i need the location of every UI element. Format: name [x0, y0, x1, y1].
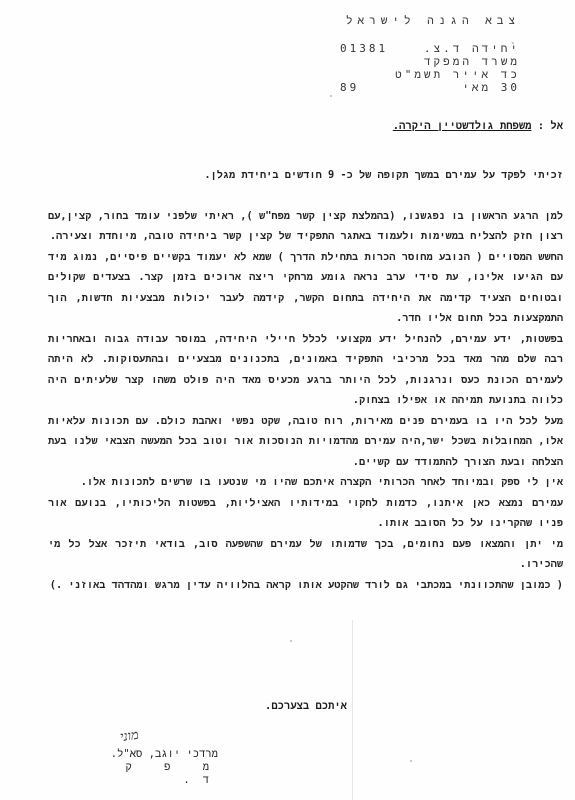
- scan-speck: [290, 640, 292, 642]
- scan-speck: [330, 95, 332, 97]
- paragraph: למן הרגע הראשון בו נפגשנו, (בהמלצת קצין …: [48, 206, 563, 247]
- addressee-name: משפחת גולדשטיין היקרה.: [393, 120, 532, 132]
- signature-block: מרדכי יוגב, סא"ל. מ פ ק ד.: [88, 748, 218, 787]
- letterhead: צבא הגנה לישראל יחידה ד.צ. 01381 משרד המ…: [340, 14, 520, 94]
- paragraph: מעל לכל היו בו בעמירם פנים מאירות, רוח ט…: [48, 411, 563, 473]
- organization-name: צבא הגנה לישראל: [340, 14, 520, 27]
- scanned-letter-page: צבא הגנה לישראל יחידה ד.צ. 01381 משרד המ…: [0, 0, 575, 800]
- signatory-role: מ פ ק ד.: [88, 761, 222, 787]
- handwritten-signature: מוני: [119, 727, 140, 745]
- signatory-name: מרדכי יוגב, סא"ל.: [88, 748, 218, 761]
- paragraph: עמירם נמצא כאן איתנו, כדמות לחקוי במידות…: [48, 493, 563, 534]
- letterhead-row-date: 30 מאי 89: [340, 81, 520, 94]
- gregorian-date: 30 מאי: [462, 81, 520, 94]
- addressee-line: אל : משפחת גולדשטיין היקרה.: [393, 120, 563, 133]
- scan-fold-line: [352, 620, 353, 800]
- paragraph: בפשטות, ידע עמירם, להנחיל ידע מקצועי לכל…: [48, 329, 563, 411]
- year: 89: [340, 81, 359, 94]
- paragraph: זכיתי לפקד על עמירם במשך תקופה של כ- 9 ח…: [48, 165, 563, 186]
- letterhead-row-unit: יחידה ד.צ. 01381: [340, 42, 520, 55]
- unit-label: יחידה ד.צ.: [424, 42, 520, 55]
- scan-speck: [512, 42, 514, 44]
- scan-speck: [560, 420, 562, 422]
- letterhead-row-hebrew-date: כד אייר תשמ"ט: [340, 68, 520, 81]
- closing-line: איתכם בצערכם.: [265, 700, 347, 713]
- paragraph: אין לי ספק ובמיוחד לאחר הכרותי הקצרה אית…: [48, 472, 563, 493]
- paragraph: החשש המסויים ( הנובע מחוסר הכרות בתחילת …: [48, 247, 563, 329]
- letter-body: זכיתי לפקד על עמירם במשך תקופה של כ- 9 ח…: [48, 145, 563, 595]
- hebrew-date: כד אייר תשמ"ט: [395, 68, 520, 81]
- addressee-prefix: אל :: [538, 120, 563, 132]
- unit-number: 01381: [340, 42, 388, 55]
- paragraph: ( כמובן שהתכוונתי במכתבי גם לורד שהקטע א…: [48, 575, 563, 596]
- paragraph: מי יתן והמצאו פעם נחומים, בכך שדמותו של …: [48, 534, 563, 575]
- office-label: משרד המפקד: [424, 55, 520, 68]
- scan-speck: [410, 760, 412, 762]
- letterhead-row-office: משרד המפקד: [340, 55, 520, 68]
